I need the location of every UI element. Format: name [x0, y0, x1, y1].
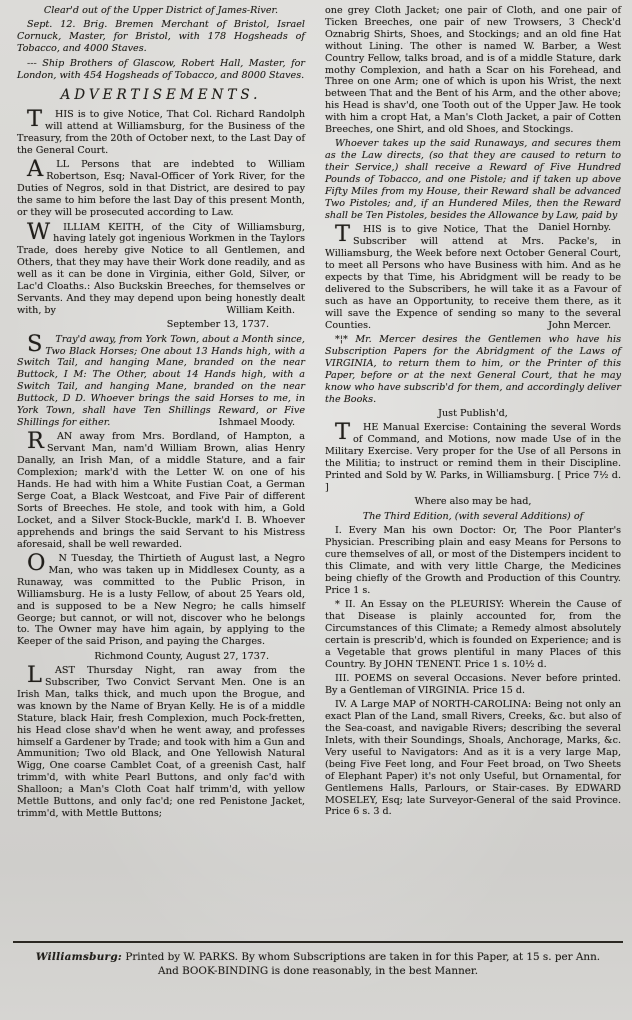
article-paragraph: WILLIAM KEITH, of the City of Williamsbu…: [17, 222, 305, 317]
article-paragraph: III. POEMS on several Occasions. Never b…: [325, 673, 621, 697]
imprint-line-1-text: Printed by W. PARKS. By whom Subscriptio…: [125, 951, 600, 963]
article-paragraph: I. Every Man his own Doctor: Or, The Poo…: [325, 525, 621, 596]
imprint-place: Williamsburg:: [36, 951, 122, 963]
article-paragraph: THIS is to give Notice, That the Subscri…: [325, 224, 621, 331]
imprint-footer: Williamsburg: Printed by W. PARKS. By wh…: [13, 941, 623, 978]
article-paragraph: STray'd away, from York Town, about a Mo…: [17, 334, 305, 429]
newspaper-page: Clear'd out of the Upper District of Jam…: [0, 0, 632, 1020]
drop-cap-letter: O: [17, 553, 48, 573]
article-paragraph: one grey Cloth Jacket; one pair of Cloth…: [325, 5, 621, 136]
article-paragraph: ON Tuesday, the Thirtieth of August last…: [17, 553, 305, 648]
article-paragraph: IV. A Large MAP of NORTH-CAROLINA: Being…: [325, 699, 621, 818]
article-paragraph: Whoever takes up the said Runaways, and …: [325, 138, 621, 221]
drop-cap-letter: T: [17, 109, 45, 129]
article-paragraph: *¦* Mr. Mercer desires the Gentlemen who…: [325, 334, 621, 405]
drop-cap-letter: R: [17, 431, 47, 451]
dateline: Richmond County, August 27, 1737.: [17, 651, 305, 663]
left-column: Clear'd out of the Upper District of Jam…: [17, 5, 305, 941]
signature: William Keith.: [216, 305, 305, 317]
right-column: one grey Cloth Jacket; one pair of Cloth…: [325, 5, 621, 941]
article-paragraph: ALL Persons that are indebted to William…: [17, 159, 305, 219]
drop-cap-letter: T: [325, 224, 353, 244]
article-paragraph: Sept. 12. Brig. Bremen Merchant of Brist…: [17, 19, 305, 55]
drop-cap-letter: A: [17, 159, 46, 179]
centered-line: The Third Edition, (with several Additio…: [325, 511, 621, 523]
imprint-line-2: And BOOK-BINDING is done reasonably, in …: [13, 965, 623, 979]
signature: John Mercer.: [538, 320, 621, 332]
drop-cap-letter: S: [17, 334, 45, 354]
article-paragraph: * II. An Essay on the PLEURISY: Wherein …: [325, 599, 621, 670]
article-paragraph: --- Ship Brothers of Glascow, Robert Hal…: [17, 58, 305, 82]
drop-cap-letter: W: [17, 222, 53, 242]
article-paragraph: THIS is to give Notice, That Col. Richar…: [17, 109, 305, 157]
dateline: September 13, 1737.: [17, 319, 305, 331]
advertisements-heading: ADVERTISEMENTS.: [17, 90, 305, 102]
imprint-line-1: Williamsburg: Printed by W. PARKS. By wh…: [13, 951, 623, 965]
centered-line: Clear'd out of the Upper District of Jam…: [17, 5, 305, 17]
article-paragraph: RAN away from Mrs. Bordland, of Hampton,…: [17, 431, 305, 550]
drop-cap-letter: T: [325, 422, 353, 442]
article-paragraph: LAST Thursday Night, ran away from the S…: [17, 665, 305, 820]
drop-cap-letter: L: [17, 665, 45, 685]
centered-line: Where also may be had,: [325, 496, 621, 508]
signature: Daniel Hornby.: [528, 222, 621, 234]
centered-line: Just Publish'd,: [325, 408, 621, 420]
signature: Ishmael Moody.: [209, 417, 305, 429]
columns-container: Clear'd out of the Upper District of Jam…: [0, 0, 632, 941]
article-paragraph: THE Manual Exercise: Containing the seve…: [325, 422, 621, 493]
